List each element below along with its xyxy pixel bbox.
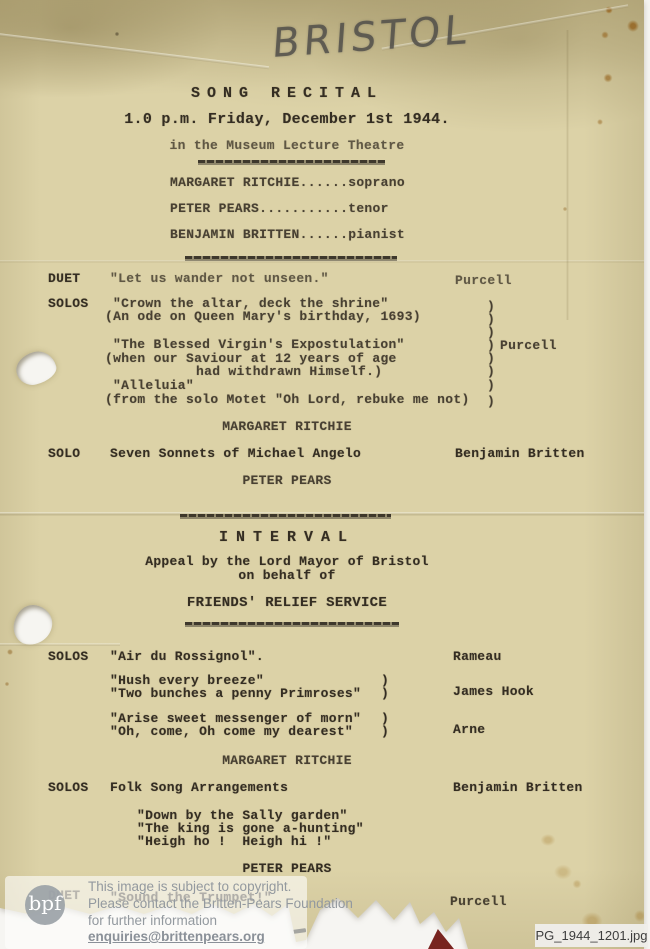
interval-heading: INTERVAL	[0, 529, 574, 546]
bpf-logo: bpf	[25, 885, 65, 925]
paper-sheet-wrap: BRISTOL SONG RECITAL 1.0 p.m. Friday, De…	[0, 0, 650, 949]
crumple-crease	[0, 30, 269, 70]
torn-hole	[13, 348, 60, 389]
work-title: Folk Song Arrangements	[110, 781, 288, 796]
solos-label: SOLOS	[48, 781, 89, 796]
beneficiary-name: FRIENDS' RELIEF SERVICE	[0, 595, 574, 611]
song-composer: Arne	[453, 723, 485, 738]
watermark-text: for further information	[88, 913, 217, 928]
folk-song: "Heigh ho ! Heigh hi !"	[137, 835, 331, 850]
song-title: "Two bunches a penny Primroses"	[110, 687, 361, 702]
typed-divider	[180, 514, 391, 517]
duet-composer: Purcell	[455, 274, 512, 289]
typed-divider	[185, 256, 397, 259]
paper-sheet: BRISTOL SONG RECITAL 1.0 p.m. Friday, De…	[0, 0, 644, 949]
copyright-watermark: bpf This image is subject to copyright. …	[5, 876, 307, 949]
group-brace: )	[381, 725, 389, 740]
song-title: "Air du Rossignol".	[110, 650, 264, 665]
performer-name: PETER PEARS	[0, 862, 574, 877]
song-title: "Oh, come, Oh come my dearest"	[110, 725, 353, 740]
solo-work-title: Seven Sonnets of Michael Angelo	[110, 447, 361, 462]
performer-name: MARGARET RITCHIE	[0, 420, 574, 435]
performer-name: MARGARET RITCHIE	[0, 754, 574, 769]
solo-title-line: (from the solo Motet "Oh Lord, rebuke me…	[105, 393, 470, 408]
appeal-line: on behalf of	[0, 569, 574, 584]
performer-name: PETER PEARS	[0, 474, 574, 489]
song-composer: James Hook	[453, 685, 534, 700]
duet-composer: Purcell	[450, 895, 507, 910]
typed-divider	[185, 622, 399, 625]
fold-crease	[0, 260, 644, 263]
solo-label: SOLO	[48, 447, 80, 462]
typed-divider	[198, 160, 385, 163]
solo-title-line: had withdrawn Himself.)	[196, 365, 382, 380]
song-composer: Rameau	[453, 650, 502, 665]
solos-label: SOLOS	[48, 297, 89, 312]
solo-title-line: (An ode on Queen Mary's birthday, 1693)	[105, 310, 421, 325]
performer-soprano: MARGARET RITCHIE......soprano	[170, 176, 405, 191]
handwritten-location: BRISTOL	[271, 7, 472, 67]
solo-composer: Benjamin Britten	[455, 447, 585, 462]
recital-datetime: 1.0 p.m. Friday, December 1st 1944.	[0, 111, 574, 128]
image-filename-label: PG_1944_1201.jpg	[535, 924, 648, 947]
watermark-text: This image is subject to copyright.	[88, 879, 291, 894]
duet-label: DUET	[48, 272, 80, 287]
duet-title: "Let us wander not unseen."	[110, 272, 329, 287]
group-brace: )	[487, 379, 495, 394]
performer-tenor: PETER PEARS...........tenor	[170, 202, 389, 217]
fold-crease	[0, 643, 120, 646]
recital-venue: in the Museum Lecture Theatre	[0, 139, 574, 154]
group-composer: Purcell	[500, 339, 557, 354]
fold-crease	[566, 30, 569, 320]
watermark-email-link: enquiries@brittenpears.org	[88, 929, 265, 944]
group-brace: )	[381, 687, 389, 702]
solos-label: SOLOS	[48, 650, 89, 665]
recital-title: SONG RECITAL	[0, 85, 574, 102]
group-brace: )	[487, 395, 495, 410]
watermark-text: Please contact the Britten-Pears Foundat…	[88, 896, 353, 911]
work-composer: Benjamin Britten	[453, 781, 583, 796]
scanned-programme-page: BRISTOL SONG RECITAL 1.0 p.m. Friday, De…	[0, 0, 650, 949]
performer-pianist: BENJAMIN BRITTEN......pianist	[170, 228, 405, 243]
